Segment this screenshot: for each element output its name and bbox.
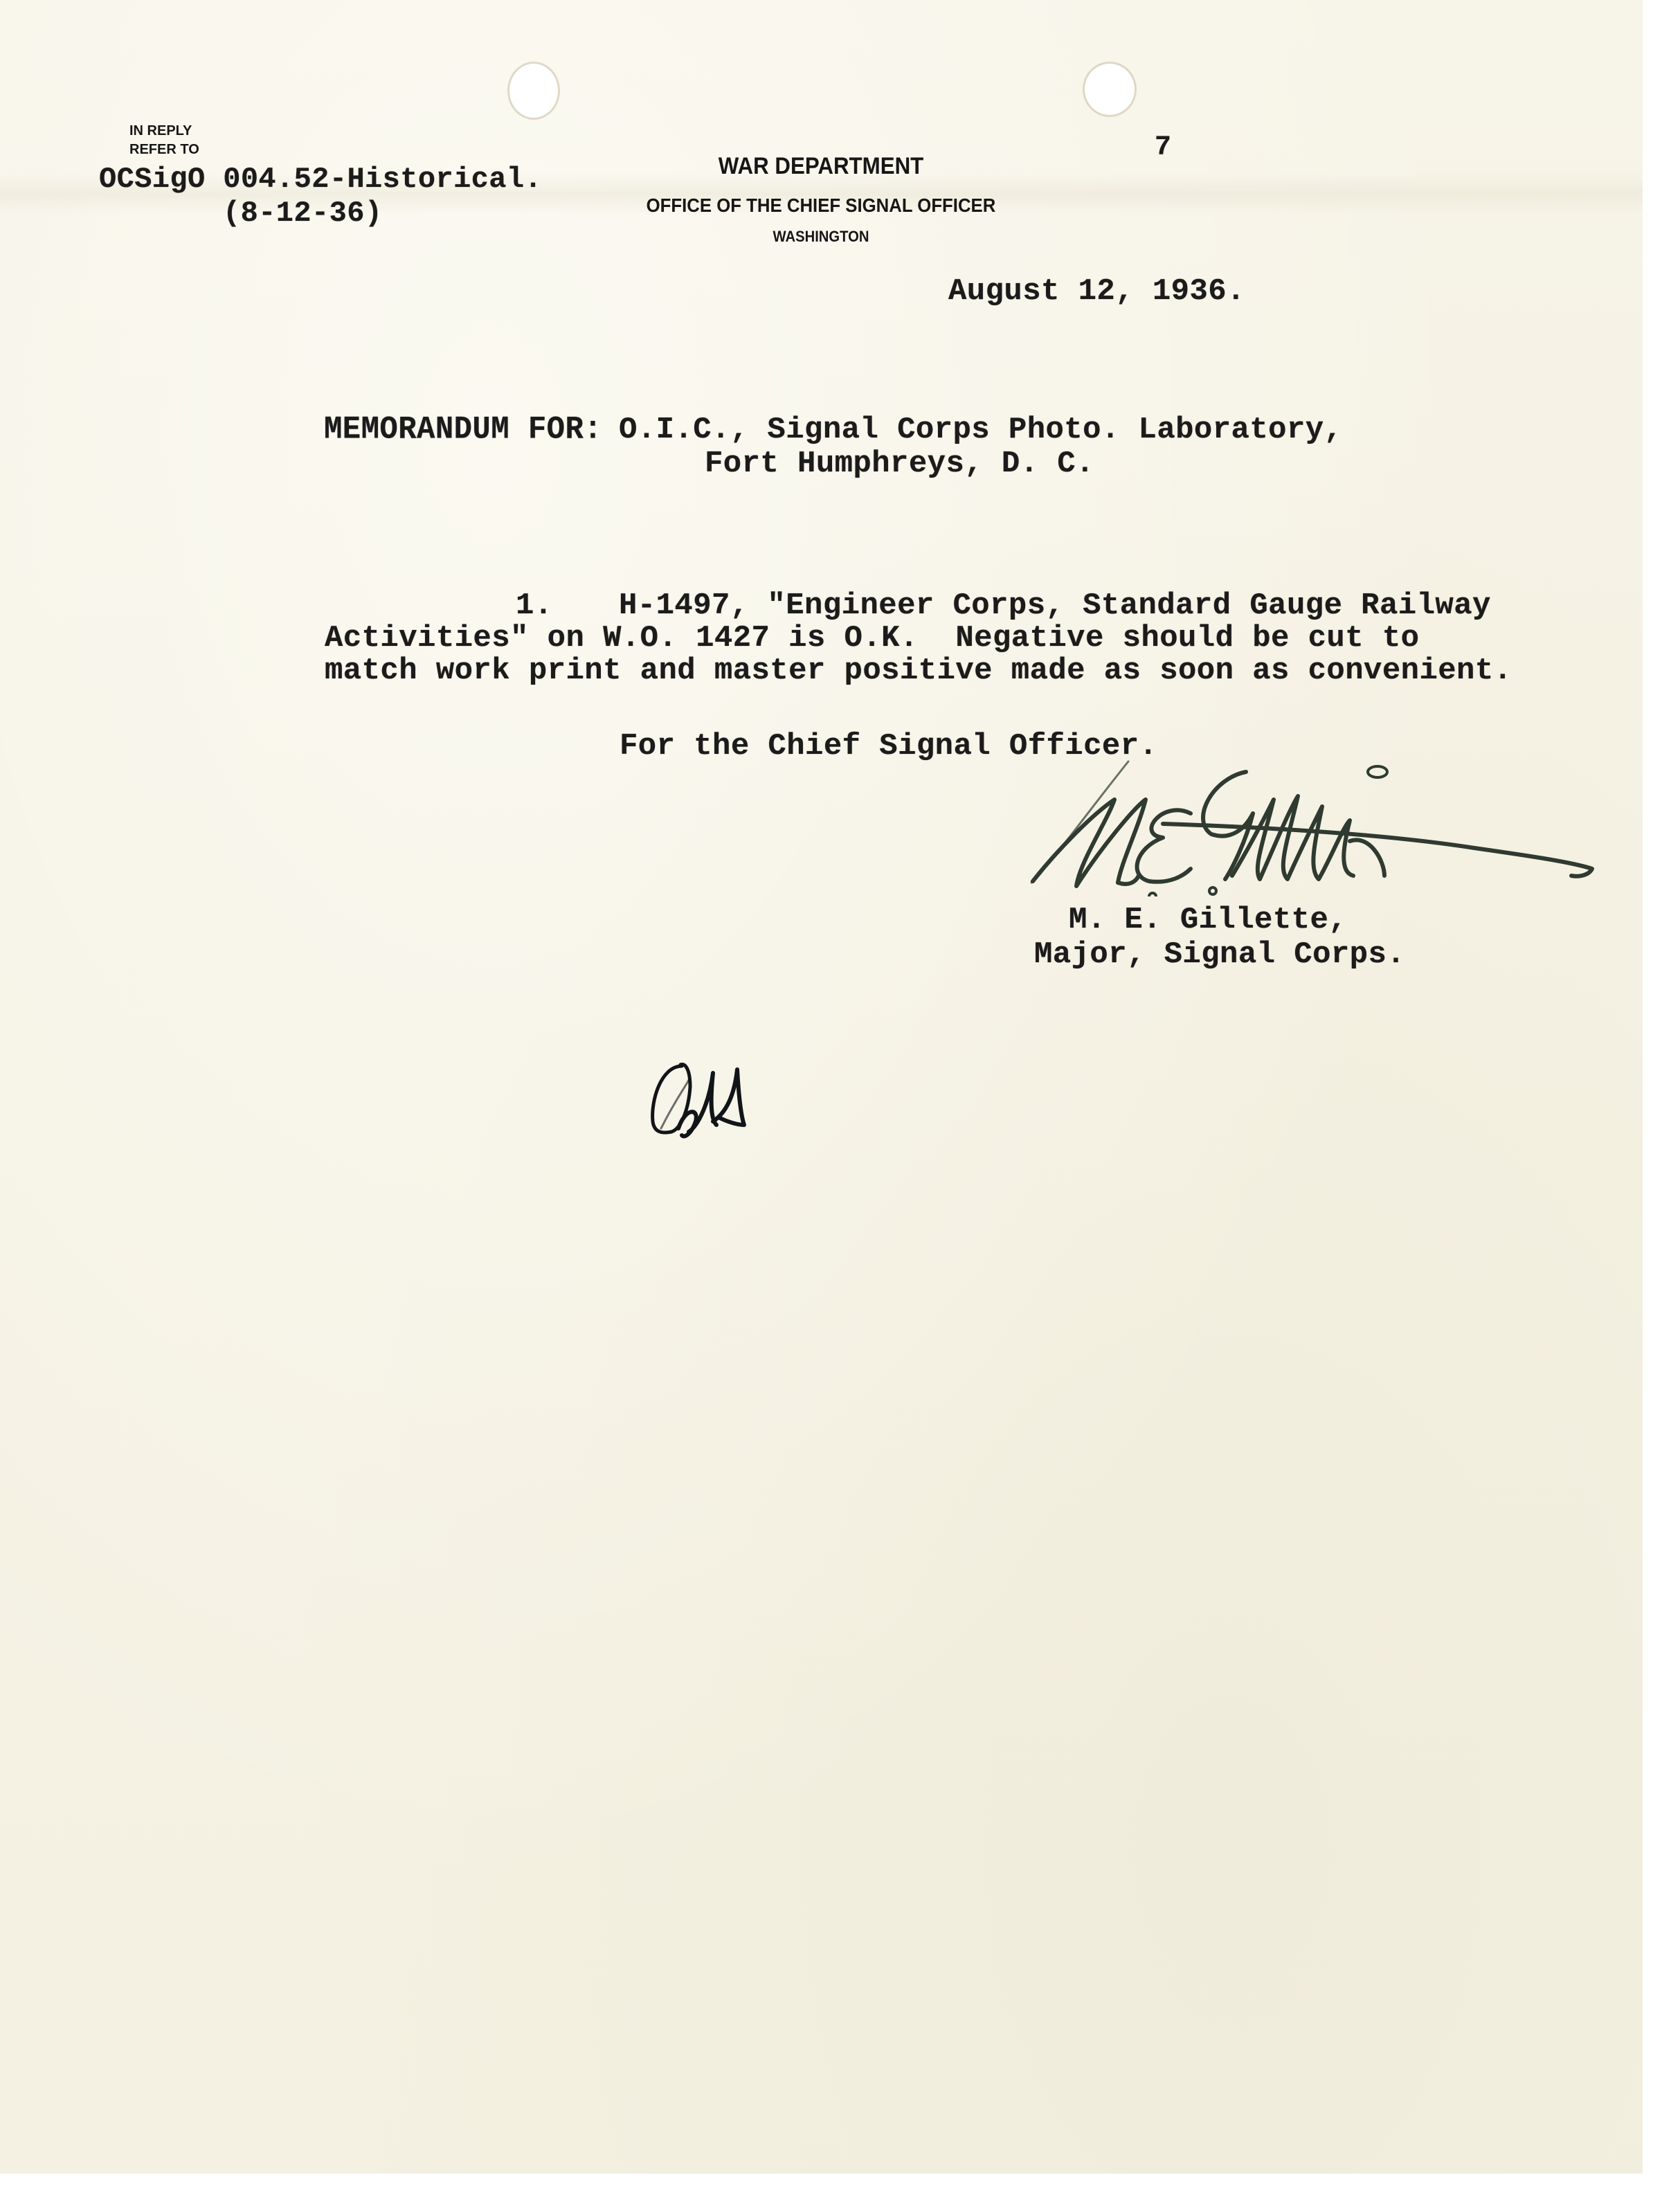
letterhead-office: OFFICE OF THE CHIEF SIGNAL OFFICER [566, 195, 1076, 216]
letterhead-city: WASHINGTON [725, 228, 916, 245]
letter-date: August 12, 1936. [948, 276, 1245, 308]
body-line-2: Activities" on W.O. 1427 is O.K. Negativ… [325, 622, 1419, 655]
file-reference-number: OCSigO 004.52-Historical. [99, 163, 542, 196]
body-line-3: match work print and master positive mad… [325, 655, 1512, 687]
file-reference-date: (8-12-36) [223, 197, 382, 230]
memorandum-label: MEMORANDUM FOR: [324, 413, 602, 447]
punch-hole-left [509, 64, 558, 118]
punch-hole-right [1085, 64, 1135, 115]
paper-sheet: IN REPLY REFER TO OCSigO 004.52-Historic… [0, 0, 1643, 2174]
reply-label-line1: IN REPLY [129, 122, 192, 141]
signer-title: Major, Signal Corps. [1034, 939, 1405, 971]
memorandum-addressee-line2: Fort Humphreys, D. C. [705, 448, 1094, 480]
page-number: 7 [1155, 132, 1171, 164]
reply-label-line2: REFER TO [129, 141, 199, 159]
paragraph-number: 1. [516, 590, 553, 622]
handwritten-initials [647, 1059, 751, 1146]
memorandum-addressee-line1: O.I.C., Signal Corps Photo. Laboratory, [619, 414, 1342, 447]
signer-name: M. E. Gillette, [1069, 904, 1347, 937]
body-line-1: H-1497, "Engineer Corps, Standard Gauge … [619, 590, 1491, 622]
handwritten-signature [1024, 758, 1599, 896]
letterhead-department: WAR DEPARTMENT [630, 154, 1012, 179]
